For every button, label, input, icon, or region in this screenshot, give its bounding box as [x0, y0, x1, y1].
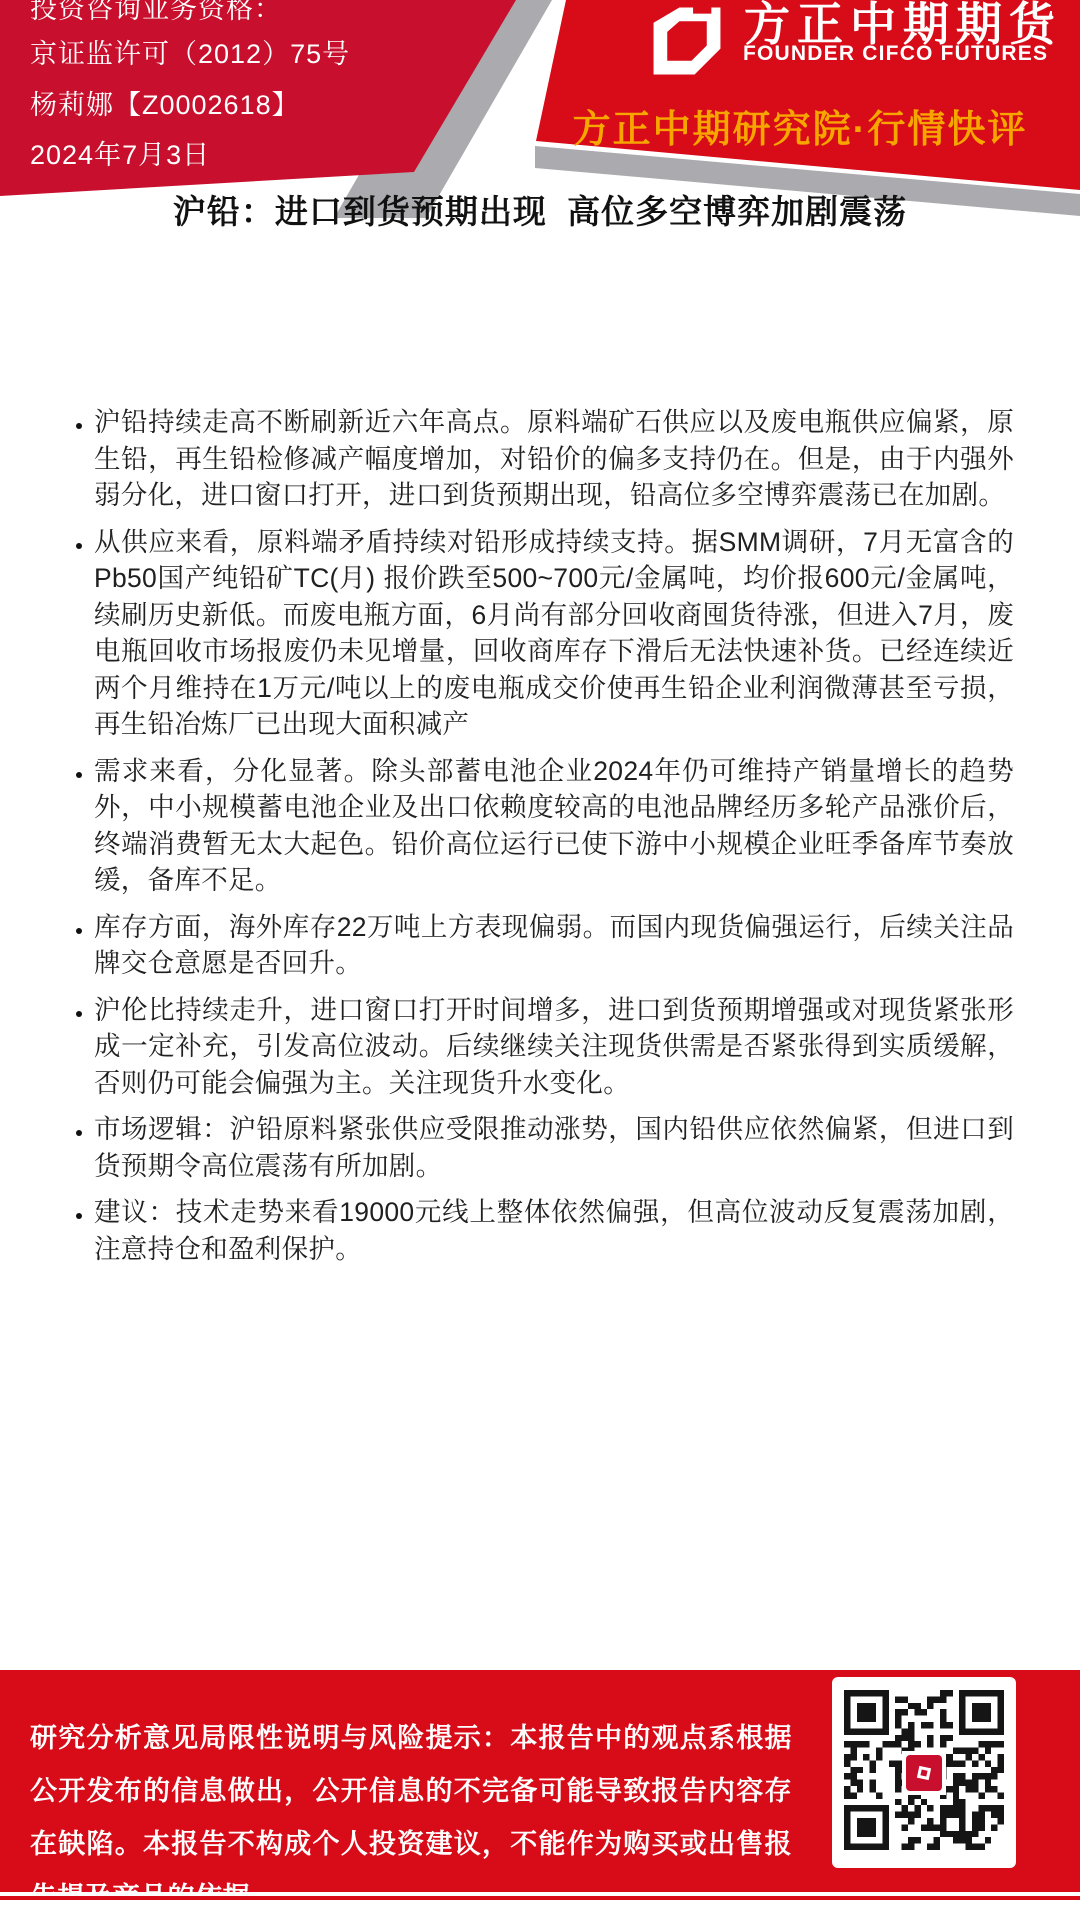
bullet-item-3: 需求来看，分化显著。除头部蓄电池企业2024年仍可维持产销量增长的趋势外，中小规…	[94, 753, 1014, 899]
footer-band: 研究分析意见局限性说明与风险提示：本报告中的观点系根据公开发布的信息做出，公开信…	[0, 1670, 1080, 1892]
disclaimer-label: 研究分析意见局限性说明与风险提示：	[30, 1723, 510, 1753]
report-date: 2024年7月3日	[30, 133, 210, 172]
qr-center-logo	[902, 1751, 946, 1795]
cube-logo-icon	[648, 3, 726, 79]
disclaimer-text: 研究分析意见局限性说明与风险提示：本报告中的观点系根据公开发布的信息做出，公开信…	[30, 1712, 792, 1920]
report-body: 沪铅持续走高不断刷新近六年高点。原料端矿石供应以及废电瓶供应偏紧，原生铅，再生铅…	[62, 404, 1014, 1277]
bullet-item-4: 库存方面，海外库存22万吨上方表现偏弱。而国内现货偏强运行，后续关注品牌交仓意愿…	[94, 909, 1014, 982]
bullet-item-2: 从供应来看，原料端矛盾持续对铅形成持续支持。据SMM调研，7月无富含的Pb50国…	[94, 524, 1014, 743]
report-page: 投资咨询业务资格： 京证监许可（2012）75号 杨莉娜【Z0002618】 2…	[0, 0, 1080, 1920]
company-logo: 方正中期期货 FOUNDER CIFCO FUTURES	[648, 0, 1058, 80]
footer-bottom-rule	[0, 1896, 1080, 1900]
logo-name-en: FOUNDER CIFCO FUTURES	[743, 42, 1048, 66]
bullet-item-1: 沪铅持续走高不断刷新近六年高点。原料端矿石供应以及废电瓶供应偏紧，原生铅，再生铅…	[94, 404, 1014, 514]
bullet-item-7: 建议：技术走势来看19000元线上整体依然偏强，但高位波动反复震荡加剧，注意持仓…	[94, 1194, 1014, 1267]
qualification-line1: 投资咨询业务资格：	[30, 0, 282, 26]
qr-code	[832, 1677, 1016, 1868]
qualification-line2: 京证监许可（2012）75号	[30, 32, 350, 71]
bullet-item-5: 沪伦比持续走升，进口窗口打开时间增多，进口到货预期增强或对现货紧张形成一定补充，…	[94, 992, 1014, 1102]
bullet-list: 沪铅持续走高不断刷新近六年高点。原料端矿石供应以及废电瓶供应偏紧，原生铅，再生铅…	[62, 404, 1014, 1267]
analyst-name: 杨莉娜【Z0002618】	[30, 83, 300, 122]
bullet-item-6: 市场逻辑：沪铅原料紧张供应受限推动涨势，国内铅供应依然偏紧，但进口到货预期令高位…	[94, 1111, 1014, 1184]
report-title: 沪铅：进口到货预期出现 高位多空博弈加剧震荡	[0, 186, 1080, 233]
research-series-title: 方正中期研究院·行情快评	[560, 98, 1040, 153]
